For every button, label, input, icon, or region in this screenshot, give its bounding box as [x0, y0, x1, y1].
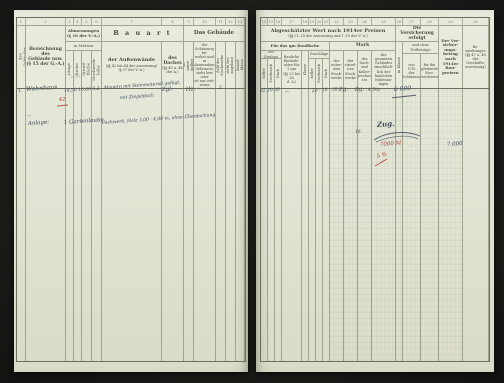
column-number: 28 [421, 18, 439, 25]
column-number: 12 [226, 18, 236, 25]
table-column [184, 89, 194, 361]
header-in-klasse: in Klasse [396, 42, 403, 88]
entry-zugang-note: Zug. [377, 120, 395, 128]
group-zuschlaege: Zuschläge Keller Stockwerk Dach [309, 51, 330, 88]
column-number: 7 [102, 18, 162, 25]
table-header-right: Abgeschätzter Wert nach 1914er Preisen (… [261, 26, 489, 89]
header-gleitende: für die gleitende Neu- versicherung [421, 54, 439, 88]
entry-pencil-note: 14,50 [70, 75, 80, 79]
column-number: 8 [162, 18, 184, 25]
header-mark-1: des unter- sten Stock- werks [330, 51, 344, 88]
ledger-table-left: 12345678910111213 Lfde. Nr. des Gebäudes… [16, 17, 246, 362]
header-breite: Breite [74, 51, 82, 88]
entry-gebaeude-mark1: Hz. [186, 87, 196, 93]
column-number: 4 [74, 18, 82, 25]
group-neubau: bei Neubau Keller Stockwerk Dach [261, 51, 282, 88]
teilbetraege-band: und zwar Teilbeträge [403, 42, 439, 54]
keller-label: Keller [262, 68, 266, 79]
header-stockwerk-1: Stockwerk [268, 59, 275, 88]
hoehe-label: Stockwerk- höhe [92, 58, 101, 81]
table-column [194, 89, 216, 361]
header-bemerkungen: Be- merkungen (§§ 47 u. 48 der Geschäfts… [463, 26, 489, 88]
versicherung-title: Die Versicherung erfolgt [396, 26, 439, 42]
column-number: 13 [236, 18, 245, 25]
table-column [403, 89, 421, 361]
column-number: 27 [403, 18, 421, 25]
table-column [372, 89, 396, 361]
table-column [463, 89, 489, 361]
photo-background: 12345678910111213 Lfde. Nr. des Gebäudes… [0, 0, 504, 383]
table-column [66, 89, 74, 361]
table-header-left: Lfde. Nr. des Gebäudes Bezeichnung des G… [17, 26, 245, 89]
brandklasse-label: Brand- klasse [236, 59, 244, 71]
klasse-label: Klasse [303, 64, 307, 75]
table-column [439, 89, 463, 361]
column-number: 22 [330, 18, 344, 25]
group-gebaeude: Das Gebäude ist unter- kellert ist zur Z… [184, 26, 245, 88]
header-brandklasse: Brand- klasse [236, 42, 245, 88]
column-number: 25 [372, 18, 396, 25]
header-bewohnt: ist zur Zeit der Schätzung be- wohnt und… [194, 42, 216, 88]
entry-total-amount: 6 000 [394, 86, 412, 93]
column-number: 24 [358, 18, 372, 25]
group-wert: Abgeschätzter Wert nach 1914er Preisen (… [261, 26, 396, 88]
wert-subtitle: (§§ 21–29 der Anweisung und 1–10 der V.-… [288, 34, 367, 38]
abmessungen-title: Abmessungen (§ 16 der V.-A.) [66, 26, 102, 42]
entry-gebaeude-mark2: 2 [219, 87, 222, 92]
keller-label: Keller [310, 68, 314, 79]
dach-label: Dach [324, 69, 328, 78]
table-column [102, 89, 162, 361]
entry-sum-value: 7 000 [447, 142, 463, 149]
table-column [236, 89, 245, 361]
entry-row2-tick: — [27, 114, 31, 118]
table-column [261, 89, 268, 361]
header-einheitssaetze: Bauliche Einheits- sätze für 1 qm (§§ 23… [282, 51, 302, 88]
table-column [268, 89, 275, 361]
bauart-title: B a u a r t [102, 26, 184, 42]
group-teilbetraege: und zwar Teilbeträge von 1/10 der Schätz… [403, 42, 439, 88]
column-number: 3 [66, 18, 74, 25]
entry-mark-1: Zg. [339, 87, 348, 93]
stockwerk-label: Stockwerk [269, 64, 273, 83]
right-page: 1415161718192021222324252627282930 Abges… [256, 10, 494, 372]
gebaeude-title: Das Gebäude [184, 26, 245, 42]
column-number-strip: 12345678910111213 [17, 18, 245, 26]
column-number: 21 [323, 18, 330, 25]
table-column [330, 89, 344, 361]
header-keller-2: Keller [309, 59, 316, 88]
stockwerk-label: Stockwerk [317, 64, 321, 83]
column-number: 11 [216, 18, 226, 25]
header-stockwerke: Zahl der Stockwerke [216, 42, 226, 88]
dach-label: Dach [276, 69, 280, 78]
table-column [74, 89, 82, 361]
left-page: 12345678910111213 Lfde. Nr. des Gebäudes… [14, 10, 248, 372]
table-column [316, 89, 323, 361]
entry-row-number: 1. [18, 90, 23, 95]
header-dach-1: Dach [275, 59, 282, 88]
daches-subtitle: (§§ 45 u. 46 der A.) [162, 66, 182, 74]
table-column [26, 89, 66, 361]
column-number: 16 [275, 18, 282, 25]
column-number: 18 [302, 18, 309, 25]
table-column [396, 89, 403, 361]
column-number: 23 [344, 18, 358, 25]
header-stockwerk-2: Stockwerk [316, 59, 323, 88]
entry-mark-2: Bg. [355, 87, 365, 93]
daches-title: des Daches [163, 56, 181, 66]
header-bezeichnung: Bezeichnung des Gebäude usw. (§ 15 der G… [26, 26, 66, 88]
header-aussenwaende: der Außenwände (§§ 42 bis 44 der Anweisu… [102, 42, 162, 88]
column-number: 30 [463, 18, 489, 25]
header-nr: Lfde. Nr. des Gebäudes [17, 26, 26, 88]
table-column [92, 89, 102, 361]
entry-mark-3: 4 Stg [368, 88, 380, 93]
column-number: 1 [17, 18, 26, 25]
column-number: 14 [261, 18, 268, 25]
column-number: 17 [282, 18, 302, 25]
header-nr-label: Lfde. Nr. des Gebäudes [17, 47, 26, 67]
grundflaeche-label: Grund- fläche [82, 62, 91, 76]
table-column [323, 89, 330, 361]
column-number: 5 [82, 18, 92, 25]
column-number-strip: 1415161718192021222324252627282930 [261, 18, 489, 26]
entry-roof-type: Zgl. [162, 87, 173, 93]
ledger-table-right: 1415161718192021222324252627282930 Abges… [260, 17, 490, 362]
table-column [226, 89, 236, 361]
column-number: 19 [309, 18, 316, 25]
header-von-schaetzung: von 1/10 der Schätzung [403, 54, 421, 88]
aussenwaende-subtitle: (§§ 42 bis 44 der Anweisung) (§ 37 der V… [106, 64, 157, 72]
entry-red-number: 42 [59, 98, 66, 103]
table-column [275, 89, 282, 361]
wert-title-cell: Abgeschätzter Wert nach 1914er Preisen (… [261, 26, 396, 42]
mark-band: Mark [330, 42, 396, 51]
column-number: 9 [184, 18, 194, 25]
table-column [162, 89, 184, 361]
entry-class-number: 16. [355, 131, 362, 136]
header-mark-2: der einzel- nen Stock- werke [344, 51, 358, 88]
column-number: 26 [396, 18, 403, 25]
neubau-band: bei Neubau [261, 51, 282, 59]
table-column [421, 89, 439, 361]
column-number: 29 [439, 18, 463, 25]
table-body-left [17, 89, 245, 361]
table-column [302, 89, 309, 361]
header-laenge: Länge [66, 51, 74, 88]
flaeche-band: Für das qm Baufläche [261, 42, 330, 51]
header-klasse: Klasse [302, 51, 309, 88]
column-number: 10 [194, 18, 216, 25]
table-column [82, 89, 92, 361]
zuschlaege-band: Zuschläge [309, 51, 330, 59]
table-column [282, 89, 302, 361]
column-number: 15 [268, 18, 275, 25]
group-versicherung: Die Versicherung erfolgt in Klasse und z… [396, 26, 439, 88]
table-column [216, 89, 226, 361]
header-grundflaeche: Grund- fläche [82, 51, 92, 88]
entry-dot-leaders: · · · · [409, 145, 419, 150]
header-hoehe: Stockwerk- höhe [92, 51, 102, 88]
table-body-right [261, 89, 489, 361]
header-mark-3: des Dach- und Keller- geschos- ses [358, 51, 372, 88]
table-column [309, 89, 316, 361]
column-number: 6 [92, 18, 102, 25]
in-klasse-label: in Klasse [397, 57, 401, 73]
header-mark-gesamt: des gesamten Gebäudes einschließ- lich d… [372, 51, 396, 88]
header-steht-frei: steht frei angebaut [226, 42, 236, 88]
abmessungen-unit: in Metern [66, 42, 102, 51]
unterkellert-label: ist unter- kellert [184, 59, 194, 71]
group-bauart: B a u a r t der Außenwände (§§ 42 bis 44… [102, 26, 184, 88]
header-unterkellert: ist unter- kellert [184, 42, 194, 88]
entry-dash: — [285, 91, 290, 96]
header-dach-2: Dach [323, 59, 330, 88]
column-number: 20 [316, 18, 323, 25]
header-versicherungsbetrag: Der Ver- sicher- ungs- betrag nach 1914e… [439, 26, 463, 88]
column-number: 2 [26, 18, 66, 25]
header-keller-1: Keller [261, 59, 268, 88]
table-column [17, 89, 26, 361]
stockwerke-label: Zahl der Stockwerke [216, 55, 224, 76]
steht-frei-label: steht frei angebaut [226, 57, 234, 74]
